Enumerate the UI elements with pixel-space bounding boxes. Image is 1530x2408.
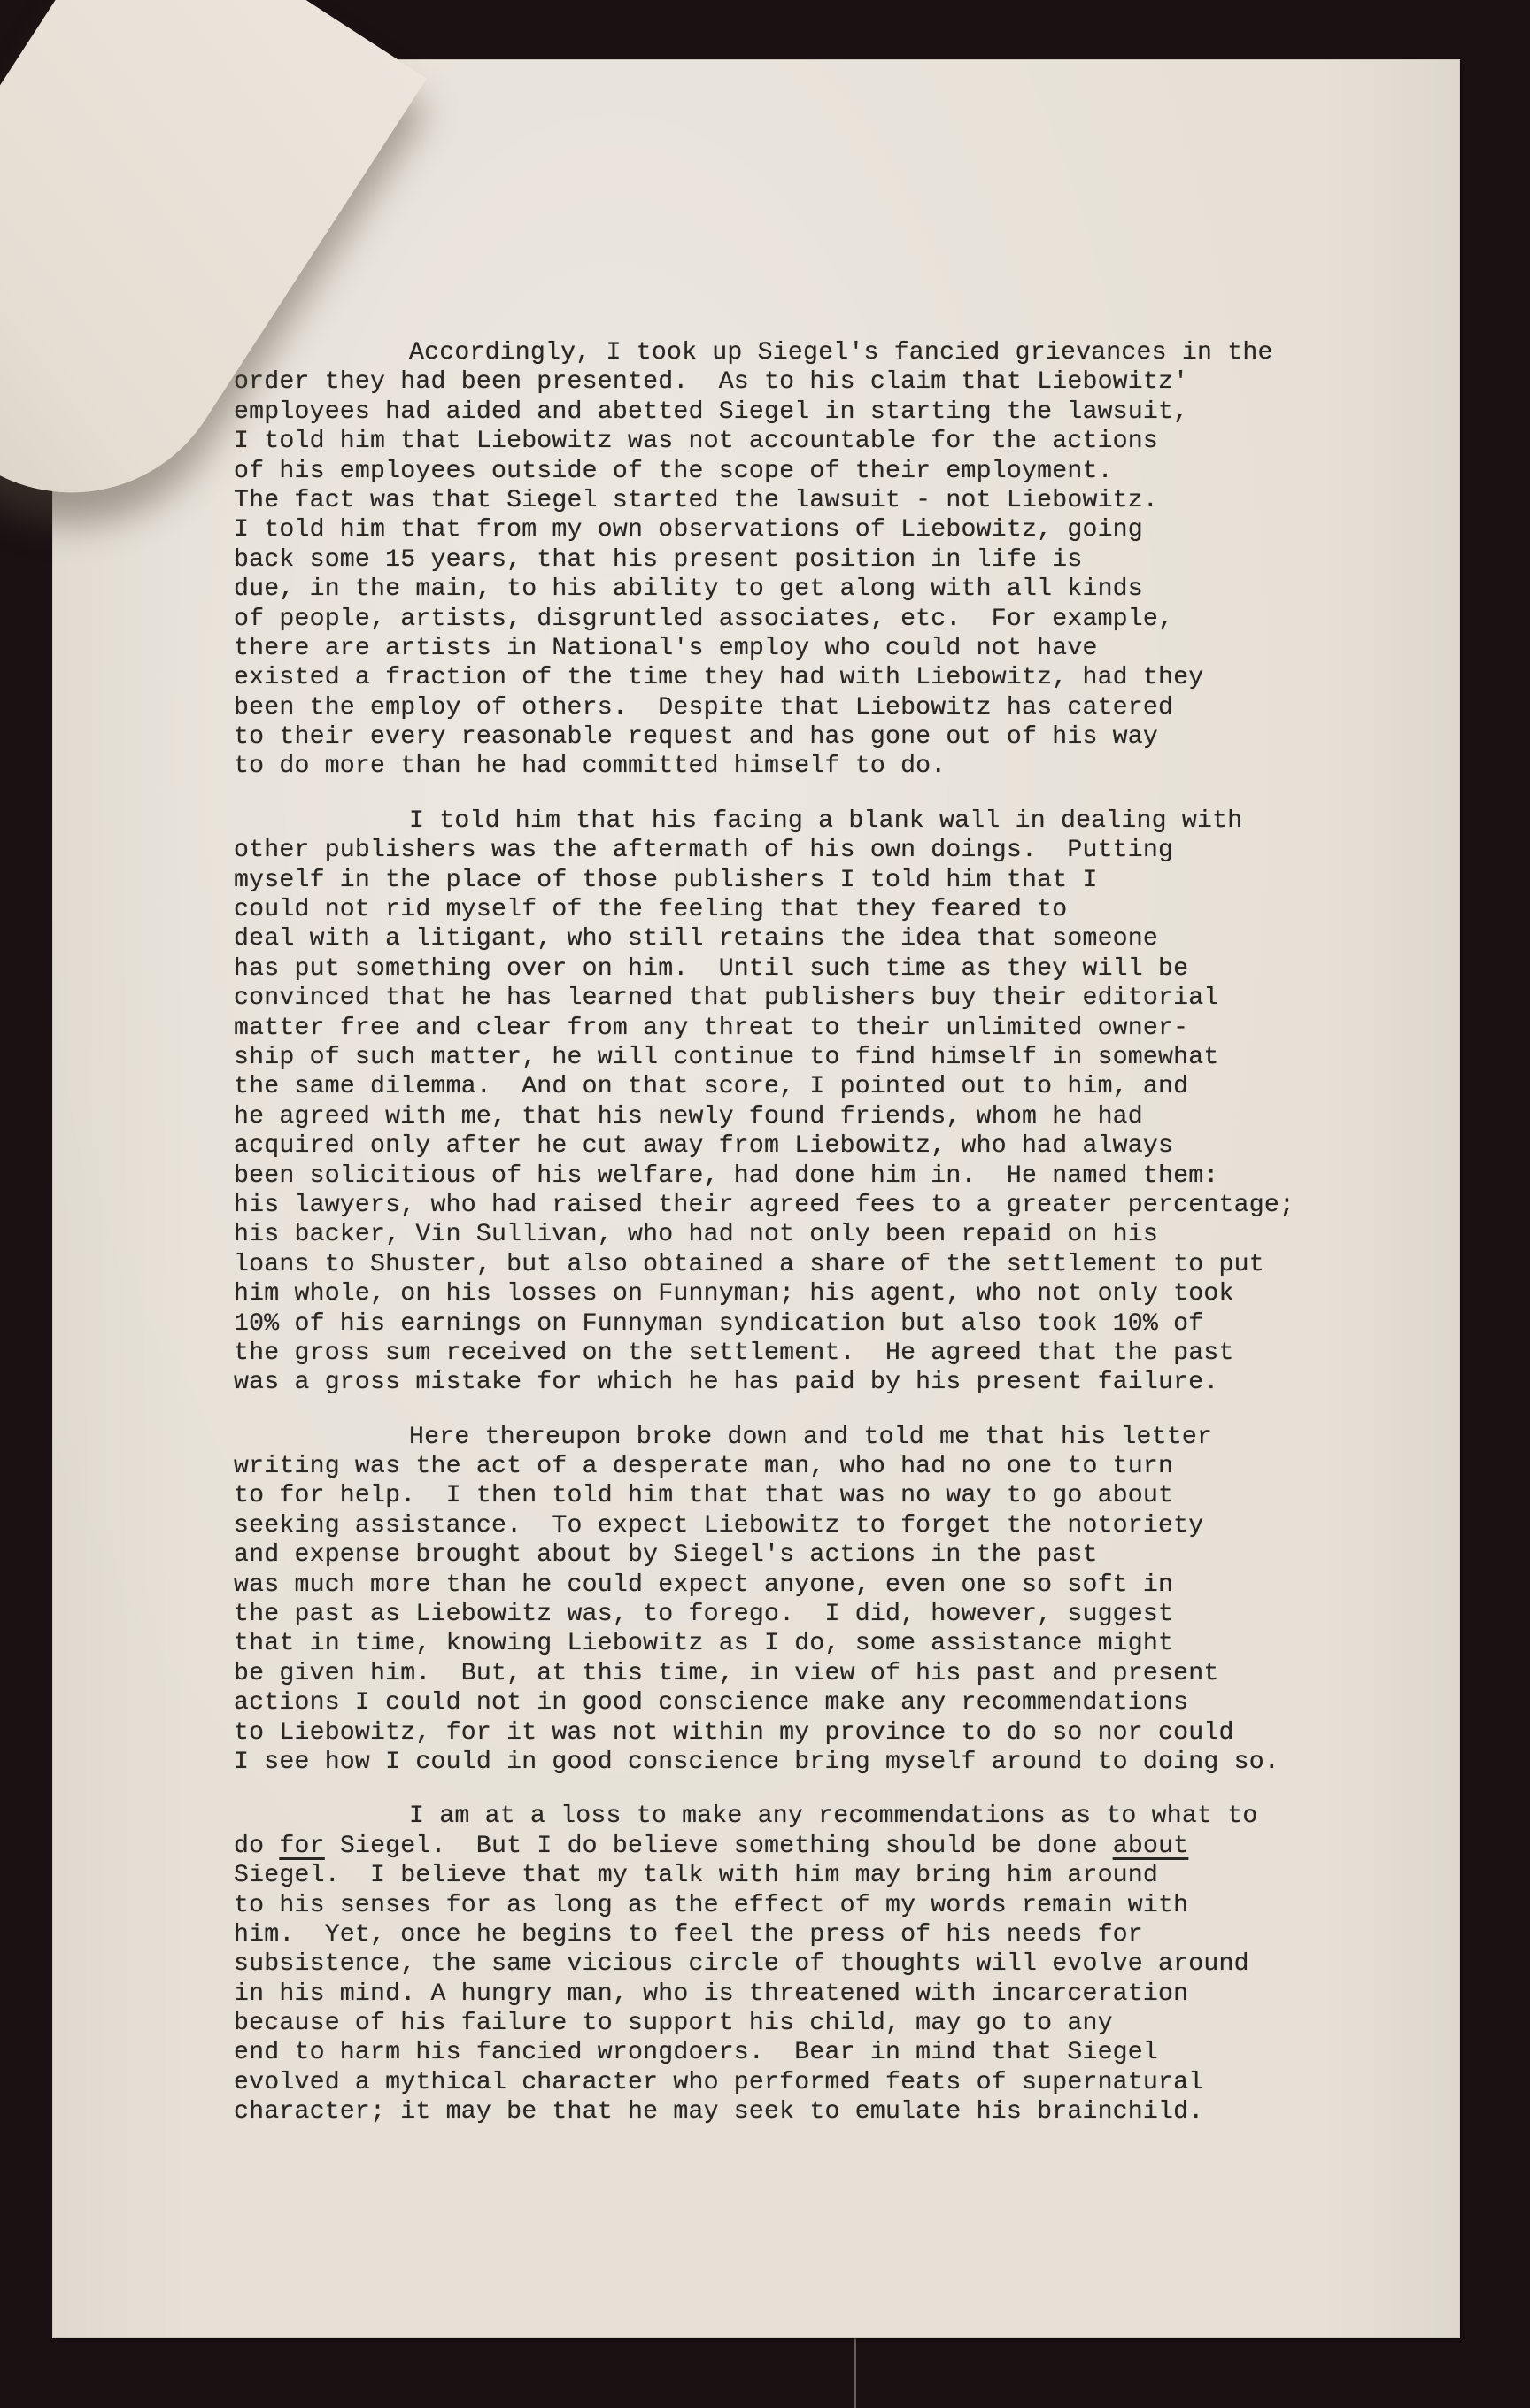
text-line: the past as Liebowitz was, to forego. I … <box>234 1600 1473 1629</box>
text-line: I told him that his facing a blank wall … <box>234 807 1473 836</box>
text-line: ship of such matter, he will continue to… <box>234 1043 1473 1072</box>
text-line: to Liebowitz, for it was not within my p… <box>234 1718 1473 1748</box>
text-line: convinced that he has learned that publi… <box>234 984 1473 1013</box>
text-line: that in time, knowing Liebowitz as I do,… <box>234 1629 1473 1658</box>
text-line: him whole, on his losses on Funnyman; hi… <box>234 1279 1473 1308</box>
text-line: could not rid myself of the feeling that… <box>234 895 1473 924</box>
text-line: Accordingly, I took up Siegel's fancied … <box>234 338 1473 367</box>
text-line: his lawyers, who had raised their agreed… <box>234 1191 1473 1220</box>
text-line: writing was the act of a desperate man, … <box>234 1452 1473 1481</box>
text-line: been the employ of others. Despite that … <box>234 693 1473 722</box>
text-line: of people, artists, disgruntled associat… <box>234 605 1473 634</box>
text-line: I am at a loss to make any recommendatio… <box>234 1802 1473 1831</box>
text-line: Here thereupon broke down and told me th… <box>234 1423 1473 1452</box>
text-line: and expense brought about by Siegel's ac… <box>234 1540 1473 1570</box>
paragraph-3: Here thereupon broke down and told me th… <box>234 1423 1473 1778</box>
text-line: I see how I could in good conscience bri… <box>234 1748 1473 1777</box>
text-line: due, in the main, to his ability to get … <box>234 575 1473 604</box>
paragraph-4: I am at a loss to make any recommendatio… <box>234 1802 1473 2126</box>
text-line: in his mind. A hungry man, who is threat… <box>234 1980 1473 2009</box>
text-line: loans to Shuster, but also obtained a sh… <box>234 1250 1473 1279</box>
text-line: because of his failure to support his ch… <box>234 2009 1473 2038</box>
text-line: was much more than he could expect anyon… <box>234 1571 1473 1600</box>
text-line: his backer, Vin Sullivan, who had not on… <box>234 1220 1473 1249</box>
text-line: actions I could not in good conscience m… <box>234 1688 1473 1717</box>
underlined-word-for: for <box>279 1833 324 1860</box>
text-line: order they had been presented. As to his… <box>234 367 1473 397</box>
text-segment: do <box>234 1833 279 1860</box>
text-line-with-underlines: do for Siegel. But I do believe somethin… <box>234 1832 1473 1861</box>
text-line: acquired only after he cut away from Lie… <box>234 1131 1473 1161</box>
text-line: matter free and clear from any threat to… <box>234 1014 1473 1043</box>
underlined-word-about: about <box>1113 1833 1189 1860</box>
text-segment: Siegel. But I do believe something shoul… <box>325 1833 1113 1860</box>
text-line: deal with a litigant, who still retains … <box>234 924 1473 953</box>
text-line: seeking assistance. To expect Liebowitz … <box>234 1511 1473 1540</box>
text-line: was a gross mistake for which he has pai… <box>234 1368 1473 1397</box>
text-line: to their every reasonable request and ha… <box>234 722 1473 752</box>
text-line: he agreed with me, that his newly found … <box>234 1102 1473 1131</box>
text-line: him. Yet, once he begins to feel the pre… <box>234 1920 1473 1949</box>
text-line: evolved a mythical character who perform… <box>234 2068 1473 2097</box>
text-line: there are artists in National's employ w… <box>234 634 1473 663</box>
text-line: I told him that from my own observations… <box>234 515 1473 544</box>
text-line: of his employees outside of the scope of… <box>234 457 1473 486</box>
text-line: to his senses for as long as the effect … <box>234 1891 1473 1920</box>
paragraph-2: I told him that his facing a blank wall … <box>234 807 1473 1398</box>
text-line: 10% of his earnings on Funnyman syndicat… <box>234 1309 1473 1339</box>
text-line: Siegel. I believe that my talk with him … <box>234 1861 1473 1890</box>
text-line: back some 15 years, that his present pos… <box>234 545 1473 575</box>
text-line: character; it may be that he may seek to… <box>234 2097 1473 2126</box>
typewritten-body: Accordingly, I took up Siegel's fancied … <box>234 338 1473 2152</box>
scanner-backdrop-seam <box>854 2337 856 2408</box>
text-line: other publishers was the aftermath of hi… <box>234 836 1473 865</box>
text-line: to do more than he had committed himself… <box>234 752 1473 781</box>
paragraph-1: Accordingly, I took up Siegel's fancied … <box>234 338 1473 782</box>
text-line: The fact was that Siegel started the law… <box>234 486 1473 515</box>
text-line: I told him that Liebowitz was not accoun… <box>234 427 1473 456</box>
text-line: been solicitious of his welfare, had don… <box>234 1162 1473 1191</box>
text-line: existed a fraction of the time they had … <box>234 663 1473 692</box>
text-line: the same dilemma. And on that score, I p… <box>234 1072 1473 1101</box>
text-line: end to harm his fancied wrongdoers. Bear… <box>234 2038 1473 2067</box>
text-line: be given him. But, at this time, in view… <box>234 1659 1473 1688</box>
text-line: subsistence, the same vicious circle of … <box>234 1949 1473 1979</box>
text-line: the gross sum received on the settlement… <box>234 1339 1473 1368</box>
text-line: employees had aided and abetted Siegel i… <box>234 397 1473 427</box>
text-line: to for help. I then told him that that w… <box>234 1481 1473 1510</box>
text-line: has put something over on him. Until suc… <box>234 954 1473 984</box>
text-line: myself in the place of those publishers … <box>234 866 1473 895</box>
